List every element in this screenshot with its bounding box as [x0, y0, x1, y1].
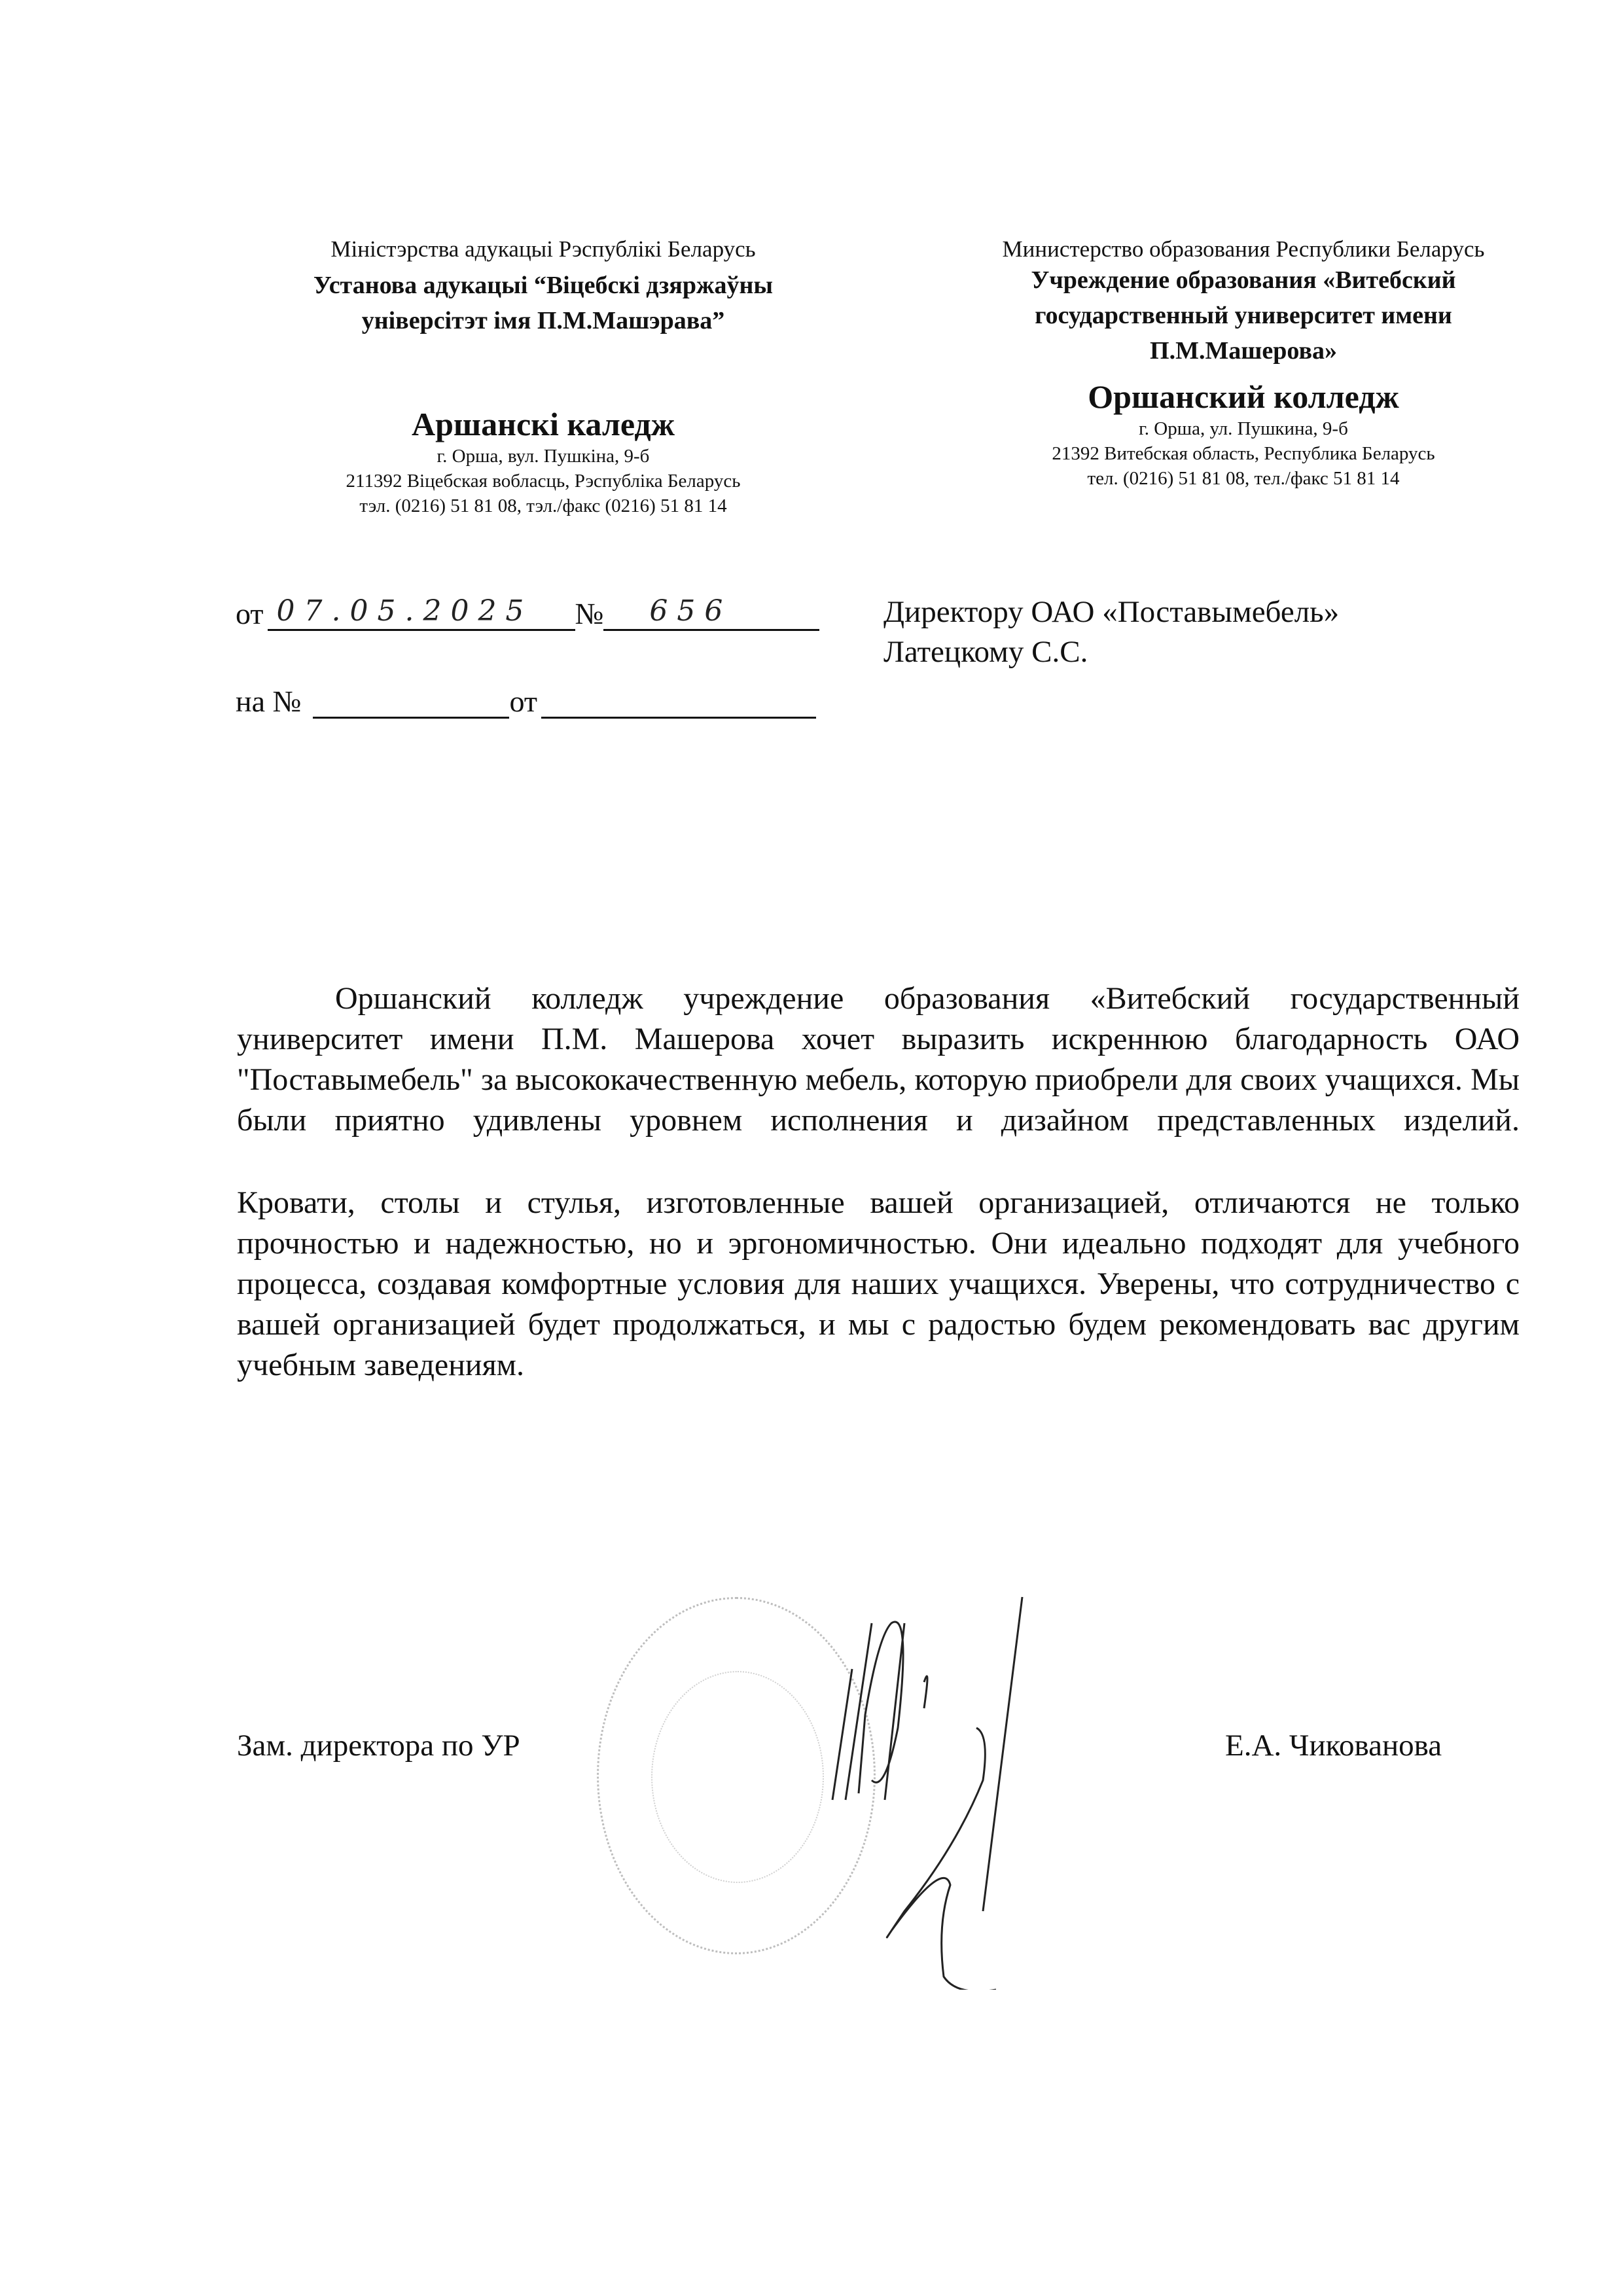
signatory-title: Зам. директора по УР [237, 1728, 520, 1763]
incoming-reference: на № от [236, 677, 825, 719]
signatory-name: Е.А. Чикованова [1225, 1728, 1442, 1763]
reply-from-label: от [509, 684, 537, 719]
address-block-ru: г. Орша, ул. Пушкина, 9-б 21392 Витебска… [936, 416, 1551, 492]
institution-line-2: універсітэт імя П.М.Машэрава” [249, 304, 838, 339]
institution-line-3: П.М.Машерова» [936, 334, 1551, 369]
address-line-2: 21392 Витебская область, Республика Бела… [936, 441, 1551, 466]
reply-date-field [541, 683, 816, 719]
institution-line-1: Установа адукацыі “Віцебскі дзяржаўны [249, 268, 838, 304]
from-label: от [236, 596, 264, 631]
letterhead-russian: Министерство образования Республики Бела… [936, 236, 1551, 492]
reply-label: на № [236, 684, 301, 719]
reference-block: от 07.05.2025 № 656 на № от [236, 589, 825, 719]
paragraph-gratitude: Оршанский колледж учреждение образования… [237, 978, 1520, 1141]
addressee-block: Директору ОАО «Поставымебель» Латецкому … [883, 592, 1339, 672]
institution-line-1: Учреждение образования «Витебский [936, 263, 1551, 298]
reply-number-field [313, 683, 509, 719]
handwritten-number: 656 [649, 594, 732, 628]
date-field: 07.05.2025 [268, 595, 575, 631]
handwritten-date: 07.05.2025 [277, 594, 533, 628]
letter-body: Оршанский колледж учреждение образования… [237, 978, 1520, 1386]
addressee-name: Латецкому С.С. [883, 632, 1339, 672]
handwritten-signature-icon [826, 1584, 1101, 1990]
phone-line: тел. (0216) 51 81 08, тел./факс 51 81 14 [936, 466, 1551, 491]
address-line-2: 211392 Віцебская вобласць, Рэспубліка Бе… [249, 469, 838, 493]
letterhead-belarusian: Міністэрства адукацыі Рэспублікі Беларус… [249, 236, 838, 519]
outgoing-reference: от 07.05.2025 № 656 [236, 589, 825, 631]
number-label: № [575, 596, 604, 631]
paragraph-recommendation: Кровати, столы и стулья, изготовленные в… [237, 1183, 1520, 1386]
stamp-emblem-icon [651, 1671, 824, 1883]
college-name-by: Аршанскі каледж [249, 404, 838, 444]
address-block-by: г. Орша, вул. Пушкіна, 9-б 211392 Віцебс… [249, 444, 838, 519]
number-field: 656 [603, 595, 819, 631]
institution-name-ru: Учреждение образования «Витебский госуда… [936, 263, 1551, 369]
institution-name-by: Установа адукацыі “Віцебскі дзяржаўны ун… [249, 268, 838, 339]
institution-line-2: государственный университет имени [936, 298, 1551, 334]
addressee-position: Директору ОАО «Поставымебель» [883, 592, 1339, 632]
address-line-1: г. Орша, вул. Пушкіна, 9-б [249, 444, 838, 469]
ministry-name-by: Міністэрства адукацыі Рэспублікі Беларус… [249, 236, 838, 263]
phone-line: тэл. (0216) 51 81 08, тэл./факс (0216) 5… [249, 493, 838, 518]
address-line-1: г. Орша, ул. Пушкина, 9-б [936, 416, 1551, 441]
ministry-name-ru: Министерство образования Республики Бела… [936, 236, 1551, 263]
college-name-ru: Оршанский колледж [936, 377, 1551, 416]
